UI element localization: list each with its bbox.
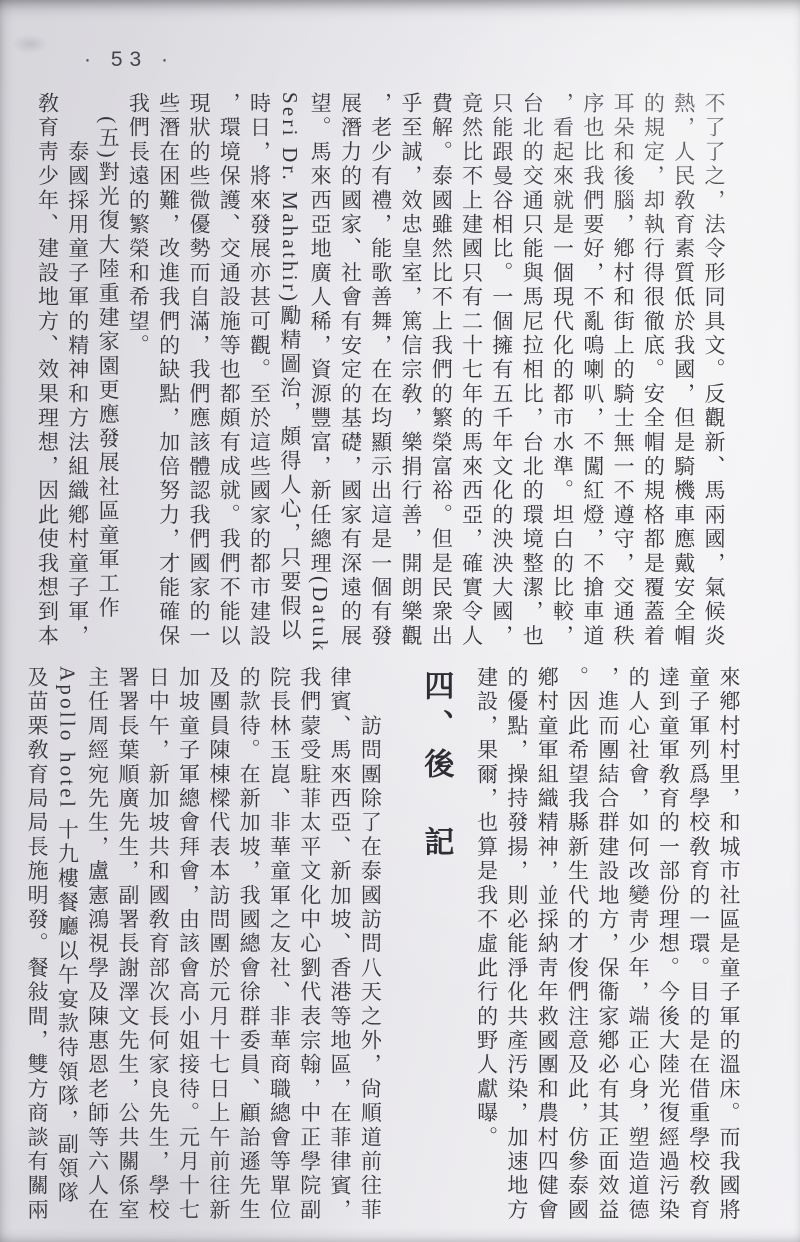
text-column: 費解。泰國雖然比不上我們的繁榮富裕。但是民衆出 xyxy=(426,92,456,658)
text-column: ，老少有禮，能歌善舞，在在均顯示出這是一個有發 xyxy=(365,92,395,658)
text-column: ，看起來就是一個現代化的都市水準。坦白的比較， xyxy=(547,92,577,658)
text-column: 現狀的些微優勢而自滿，我們應該體認我們國家的一 xyxy=(184,92,214,658)
text-column: 序也比我們要好，不亂鳴喇叭，不闖紅燈，不搶車道 xyxy=(578,92,608,658)
postscript-heading: 四、後 記 xyxy=(411,670,459,1242)
text-column: ，環境保護、交通設施等也都頗有成就。我們不能以 xyxy=(214,92,244,658)
text-column: 及團員陳棟樑代表本訪問團於元月十七日上午前往新 xyxy=(204,666,234,1242)
text-column: 只能跟曼谷相比。一個擁有五千年文化的泱泱大國， xyxy=(487,92,517,658)
text-column: 竟然比不上建國只有二十七年的馬來西亞，確實令人 xyxy=(456,92,486,658)
text-column: ，進而團結合群建設地方，保衞家鄕必有其正面效益 xyxy=(593,666,623,1242)
text-column: Apollo hotel 十九樓餐廳以午宴款待領隊，副領隊 xyxy=(52,666,82,1242)
text-column: 訪問團除了在泰國訪問八天之外，尙順道前往菲 xyxy=(355,666,385,1242)
text-column: 不了了之，法令形同具文。反觀新、馬兩國，氣候炎 xyxy=(699,92,729,658)
text-column: 展潛力的國家、社會有安定的基礎，國家有深遠的展 xyxy=(335,92,365,658)
text-column: 我們長遠的繁榮和希望。 xyxy=(123,92,153,658)
text-column: 敎育靑少年、建設地方、效果理想，因此使我想到本 xyxy=(32,92,62,658)
text-column: 。因此希望我縣新生代的才俊們注意及此，仿參泰國 xyxy=(562,666,592,1242)
text-column: 乎至誠，效忠皇室，篤信宗敎，樂捐行善，開朗樂觀 xyxy=(396,92,426,658)
text-column: Seri Dr. Mahathir)勵精圖治，頗得人心，只要假以 xyxy=(275,92,305,658)
postscript-lead-paragraphs: 來鄕村村里，和城市社區是童子軍的溫床。而我國將童子軍列爲學校敎育的一環。目的是在… xyxy=(471,666,744,1242)
section-postscript: 來鄕村村里，和城市社區是童子軍的溫床。而我國將童子軍列爲學校敎育的一環。目的是在… xyxy=(22,666,744,1242)
text-column: 台北的交通只能與馬尼拉相比，台北的環境整潔，也 xyxy=(517,92,547,658)
section-country-observations: 不了了之，法令形同具文。反觀新、馬兩國，氣候炎熱，人民敎育素質低於我國，但是騎機… xyxy=(32,92,729,658)
text-column: (五)對光復大陸重建家園更應發展社區童軍工作 xyxy=(93,92,123,658)
text-column: 泰國採用童子軍的精神和方法組織鄕村童子軍， xyxy=(62,92,92,658)
text-column: 的款待。在新加坡，我國總會徐群委員、顧詒遜先生 xyxy=(234,666,264,1242)
text-column: 童子軍列爲學校敎育的一環。目的是在借重學校敎育 xyxy=(683,666,713,1242)
text-column: 的優點，操持發揚，則必能淨化共產汚染，加速地方 xyxy=(502,666,532,1242)
page-number: · 53 · xyxy=(84,48,175,72)
scanned-document-page: · 53 · 不了了之，法令形同具文。反觀新、馬兩國，氣候炎熱，人民敎育素質低於… xyxy=(0,0,800,1242)
text-column: 律賓、馬來西亞、新加坡、香港等地區，在菲律賓， xyxy=(325,666,355,1242)
postscript-body-paragraphs: 訪問團除了在泰國訪問八天之外，尙順道前往菲律賓、馬來西亞、新加坡、香港等地區，在… xyxy=(22,666,386,1242)
text-column: 耳朵和後腦，鄕村和街上的騎士無一不遵守，交通秩 xyxy=(608,92,638,658)
text-column: 日中午，新加坡共和國敎育部次長何家良先生，學校 xyxy=(143,666,173,1242)
text-column: 院長林玉崑、非華童軍之友社、非華商職總會等單位 xyxy=(264,666,294,1242)
text-column: 署署長葉順廣先生，副署長謝澤文先生，公共關係室 xyxy=(113,666,143,1242)
text-column: 望。馬來西亞地廣人稀，資源豐富，新任總理(Datuk xyxy=(305,92,335,658)
text-column: 加坡童子軍總會拜會，由該會高小姐接待。元月十七 xyxy=(173,666,203,1242)
text-column: 來鄕村村里，和城市社區是童子軍的溫床。而我國將 xyxy=(714,666,744,1242)
text-column: 熱，人民敎育素質低於我國，但是騎機車應戴安全帽 xyxy=(668,92,698,658)
text-column: 些潛在困難，改進我們的缺點，加倍努力，才能確保 xyxy=(153,92,183,658)
text-column: 及苗栗敎育局局長施明發。餐敍間，雙方商談有關兩 xyxy=(22,666,52,1242)
text-column: 我們蒙受駐菲太平文化中心劉代表宗翰，中正學院副 xyxy=(294,666,324,1242)
text-column: 建設，果爾，也算是我不虛此行的野人獻曝。 xyxy=(471,666,501,1242)
text-column: 達到童軍敎育的一部份理想。今後大陸光復經過污染 xyxy=(653,666,683,1242)
text-column: 時日，將來發展亦甚可觀。至於這些國家的都市建設 xyxy=(244,92,274,658)
text-column: 的人心社會，如何改變靑少年，端正心身，塑造道德 xyxy=(623,666,653,1242)
text-column: 鄕村童軍組織精神，並採納靑年救國團和農村四健會 xyxy=(532,666,562,1242)
text-column: 主任周經宛先生，盧憲鴻視學及陳惠恩老師等六人在 xyxy=(82,666,112,1242)
text-column: 的規定，却執行得很徹底。安全帽的規格都是覆蓋着 xyxy=(638,92,668,658)
